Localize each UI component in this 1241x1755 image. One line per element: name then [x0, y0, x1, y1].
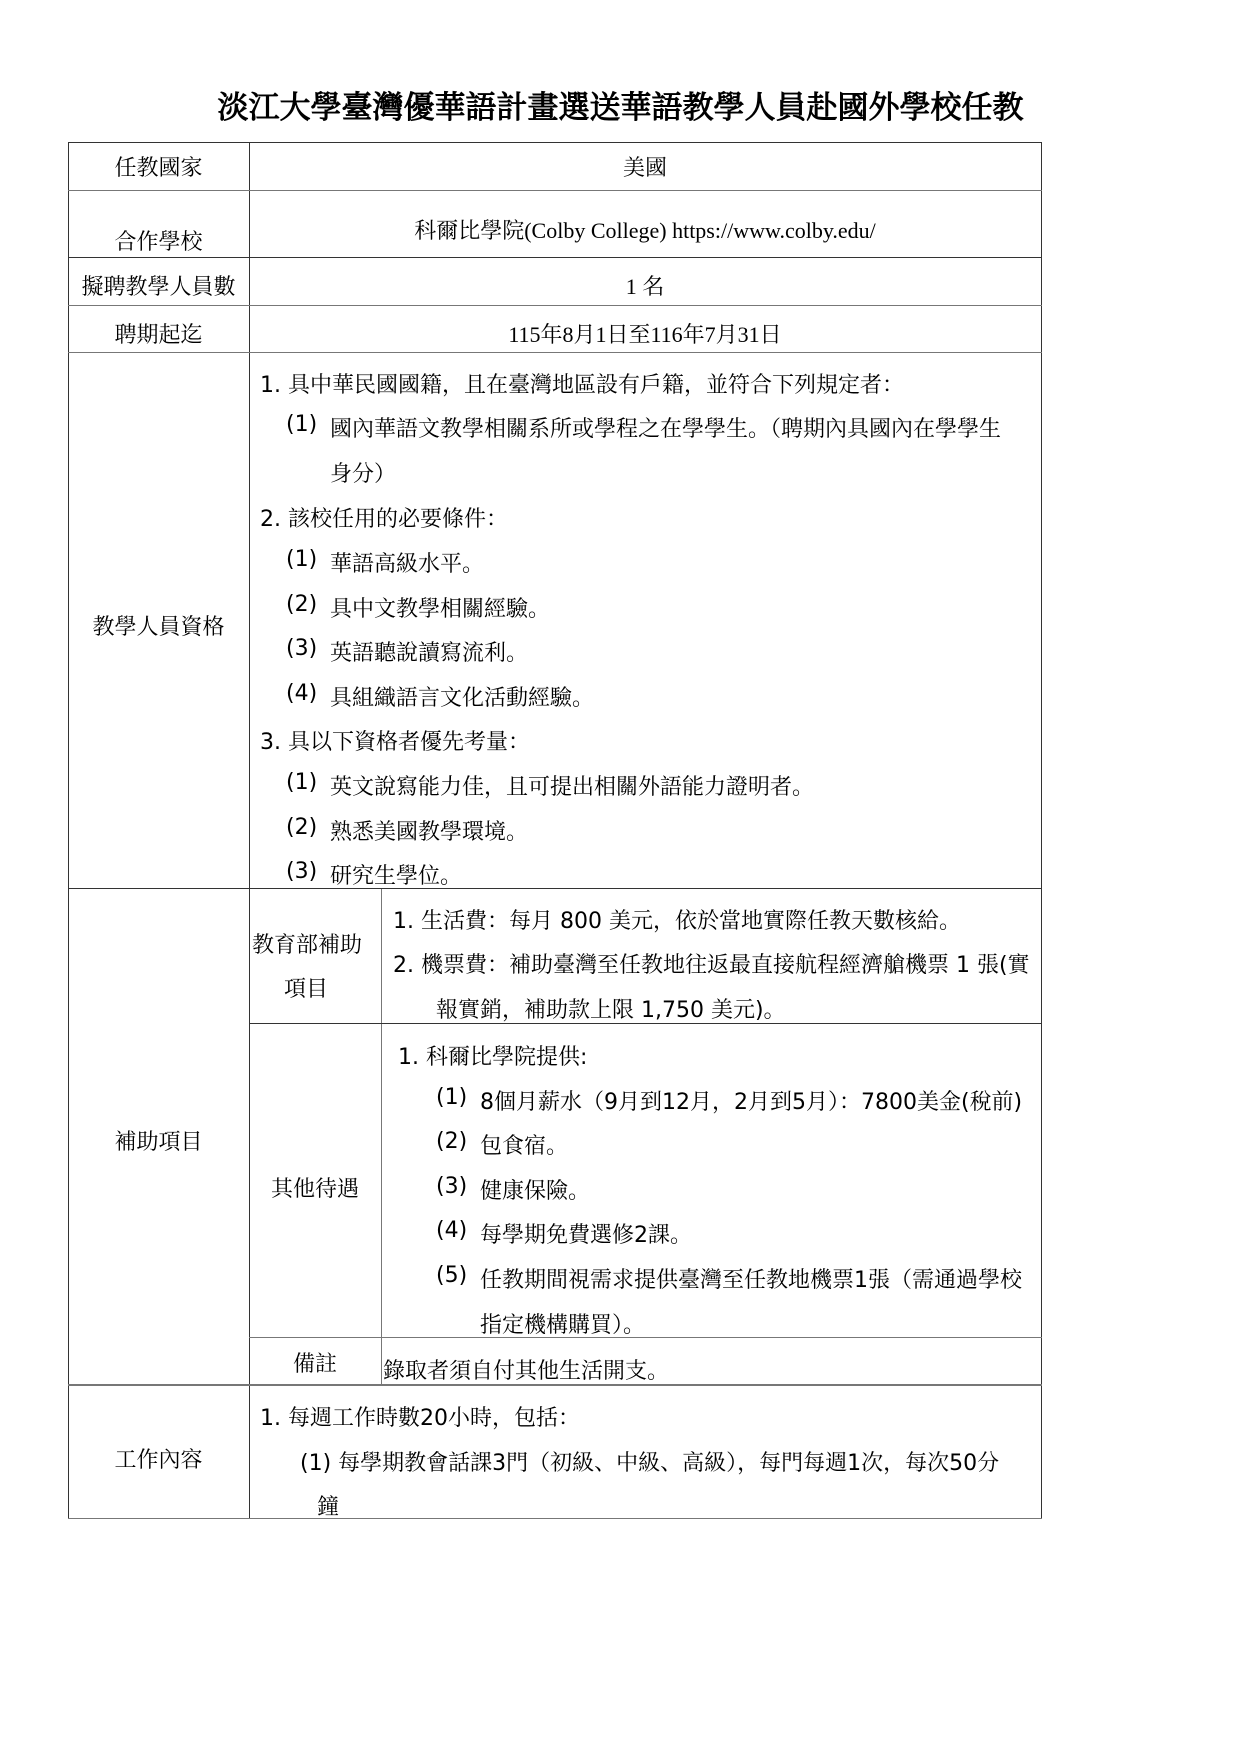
qual-item-3-1: 英文說寫能力佳，且可提出相關外語能力證明者。	[330, 770, 814, 801]
qual-item-2-2-num: (2)	[286, 592, 317, 617]
other-item-1-5: 任教期間視需求提供臺灣至任教地機票1張（需通過學校	[480, 1263, 1022, 1294]
qual-item-2-4: 具組織語言文化活動經驗。	[330, 681, 594, 712]
work-item-1: 1. 每週工作時數20小時，包括：	[260, 1401, 580, 1432]
other-item-1-1: 8個月薪水（9月到12月，2月到5月）：7800美金(稅前)	[480, 1085, 1022, 1116]
qual-item-2-3: 英語聽說讀寫流利。	[330, 636, 528, 667]
qual-item-1: 1. 具中華民國國籍，且在臺灣地區設有戶籍，並符合下列規定者：	[260, 368, 904, 399]
label-note: 備註	[249, 1340, 381, 1384]
label-subsidy: 補助項目	[68, 1115, 249, 1165]
other-item-1: 1. 科爾比學院提供:	[398, 1040, 587, 1071]
label-work: 工作內容	[68, 1433, 249, 1483]
row-line	[68, 190, 1042, 191]
other-item-1-1-num: (1)	[436, 1085, 467, 1110]
label-headcount: 擬聘教學人員數	[68, 262, 249, 308]
label-moe-subsidy-line2: 項目	[284, 972, 328, 1003]
label-school: 合作學校	[68, 215, 249, 265]
col-divider-subsidy	[249, 888, 250, 1384]
label-country: 任教國家	[68, 142, 249, 190]
qual-item-1-1-cont: 身分）	[330, 457, 396, 488]
qual-item-2-4-num: (4)	[286, 681, 317, 706]
qual-item-1-1-num: (1)	[286, 412, 317, 437]
other-item-1-4: 每學期免費選修2課。	[480, 1218, 692, 1249]
label-qualifications: 教學人員資格	[68, 600, 249, 650]
work-item-1-1-cont: 鐘	[317, 1490, 339, 1521]
label-period: 聘期起迄	[68, 310, 249, 356]
value-country: 美國	[249, 142, 1041, 190]
qual-item-3-2: 熟悉美國教學環境。	[330, 815, 528, 846]
qual-item-3: 3. 具以下資格者優先考量：	[260, 725, 530, 756]
row-line	[249, 1337, 1042, 1338]
qual-item-2: 2. 該校任用的必要條件：	[260, 502, 508, 533]
table-border-right	[1041, 142, 1042, 1519]
qual-item-2-1-num: (1)	[286, 547, 317, 572]
other-item-1-5-cont: 指定機構購買）。	[480, 1308, 645, 1339]
other-item-1-2: 包食宿。	[480, 1129, 568, 1160]
col-divider-work	[249, 1384, 250, 1519]
qual-item-1-1: 國內華語文教學相關系所或學程之在學學生。（聘期內具國內在學學生	[330, 412, 1001, 443]
qual-item-2-1: 華語高級水平。	[330, 547, 484, 578]
other-item-1-3: 健康保險。	[480, 1174, 590, 1205]
other-item-1-3-num: (3)	[436, 1174, 467, 1199]
value-headcount: 1 名	[249, 262, 1041, 308]
work-item-1-1: (1) 每學期教會話課3門（初級、中級、高級），每門每週1次，每次50分	[300, 1446, 999, 1477]
value-note: 錄取者須自付其他生活開支。	[383, 1354, 669, 1385]
other-item-1-2-num: (2)	[436, 1129, 467, 1154]
qual-item-2-3-num: (3)	[286, 636, 317, 661]
qual-item-3-3-num: (3)	[286, 859, 317, 884]
moe-item-2-cont: 報實銷，補助款上限 1,750 美元)。	[436, 993, 786, 1024]
qual-item-3-3: 研究生學位。	[330, 859, 462, 890]
moe-item-1: 1. 生活費：每月 800 美元，依於當地實際任教天數核給。	[393, 904, 961, 935]
other-item-1-4-num: (4)	[436, 1218, 467, 1243]
moe-item-2: 2. 機票費：補助臺灣至任教地往返最直接航程經濟艙機票 1 張(實	[393, 948, 1030, 979]
qual-item-2-2: 具中文教學相關經驗。	[330, 592, 550, 623]
row-line	[68, 888, 1042, 889]
label-other-benefits: 其他待遇	[249, 1162, 381, 1212]
qual-item-3-2-num: (2)	[286, 815, 317, 840]
label-moe-subsidy-line1: 教育部補助	[252, 928, 362, 959]
value-school: 科爾比學院(Colby College) https://www.colby.e…	[249, 204, 1041, 254]
col-divider-subsidy-inner	[381, 888, 382, 1384]
value-period: 115年8月1日至116年7月31日	[249, 310, 1041, 356]
row-line-bottom	[68, 1518, 1042, 1519]
other-item-1-5-num: (5)	[436, 1263, 467, 1288]
document-title: 淡江大學臺灣優華語計畫選送華語教學人員赴國外學校任教	[0, 82, 1241, 127]
qual-item-3-1-num: (1)	[286, 770, 317, 795]
